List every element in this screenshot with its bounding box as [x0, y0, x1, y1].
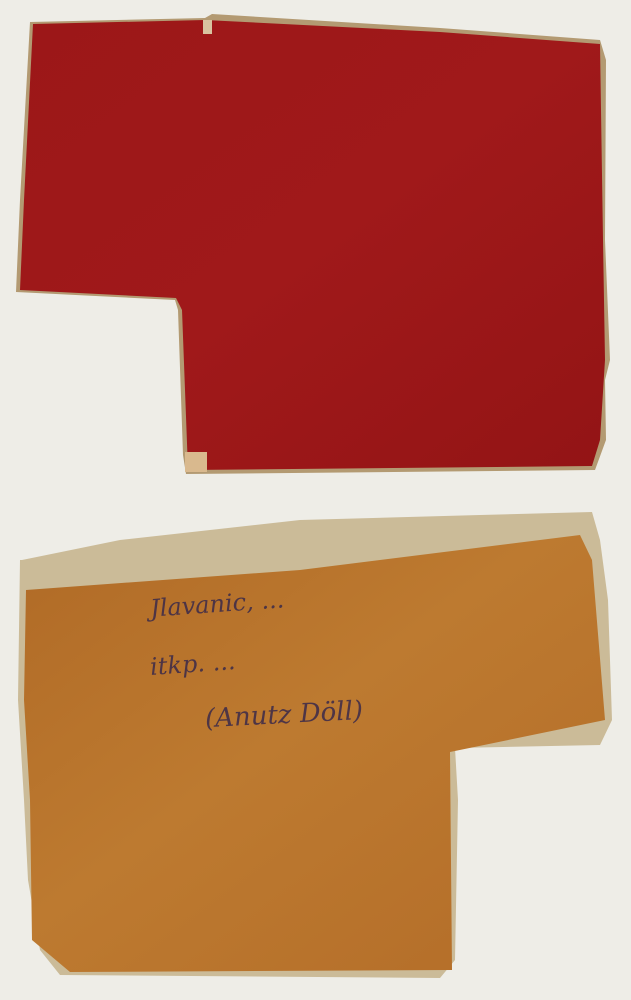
red-board-front — [0, 0, 631, 1000]
inscription-line-2: itkp. ... — [149, 647, 236, 681]
